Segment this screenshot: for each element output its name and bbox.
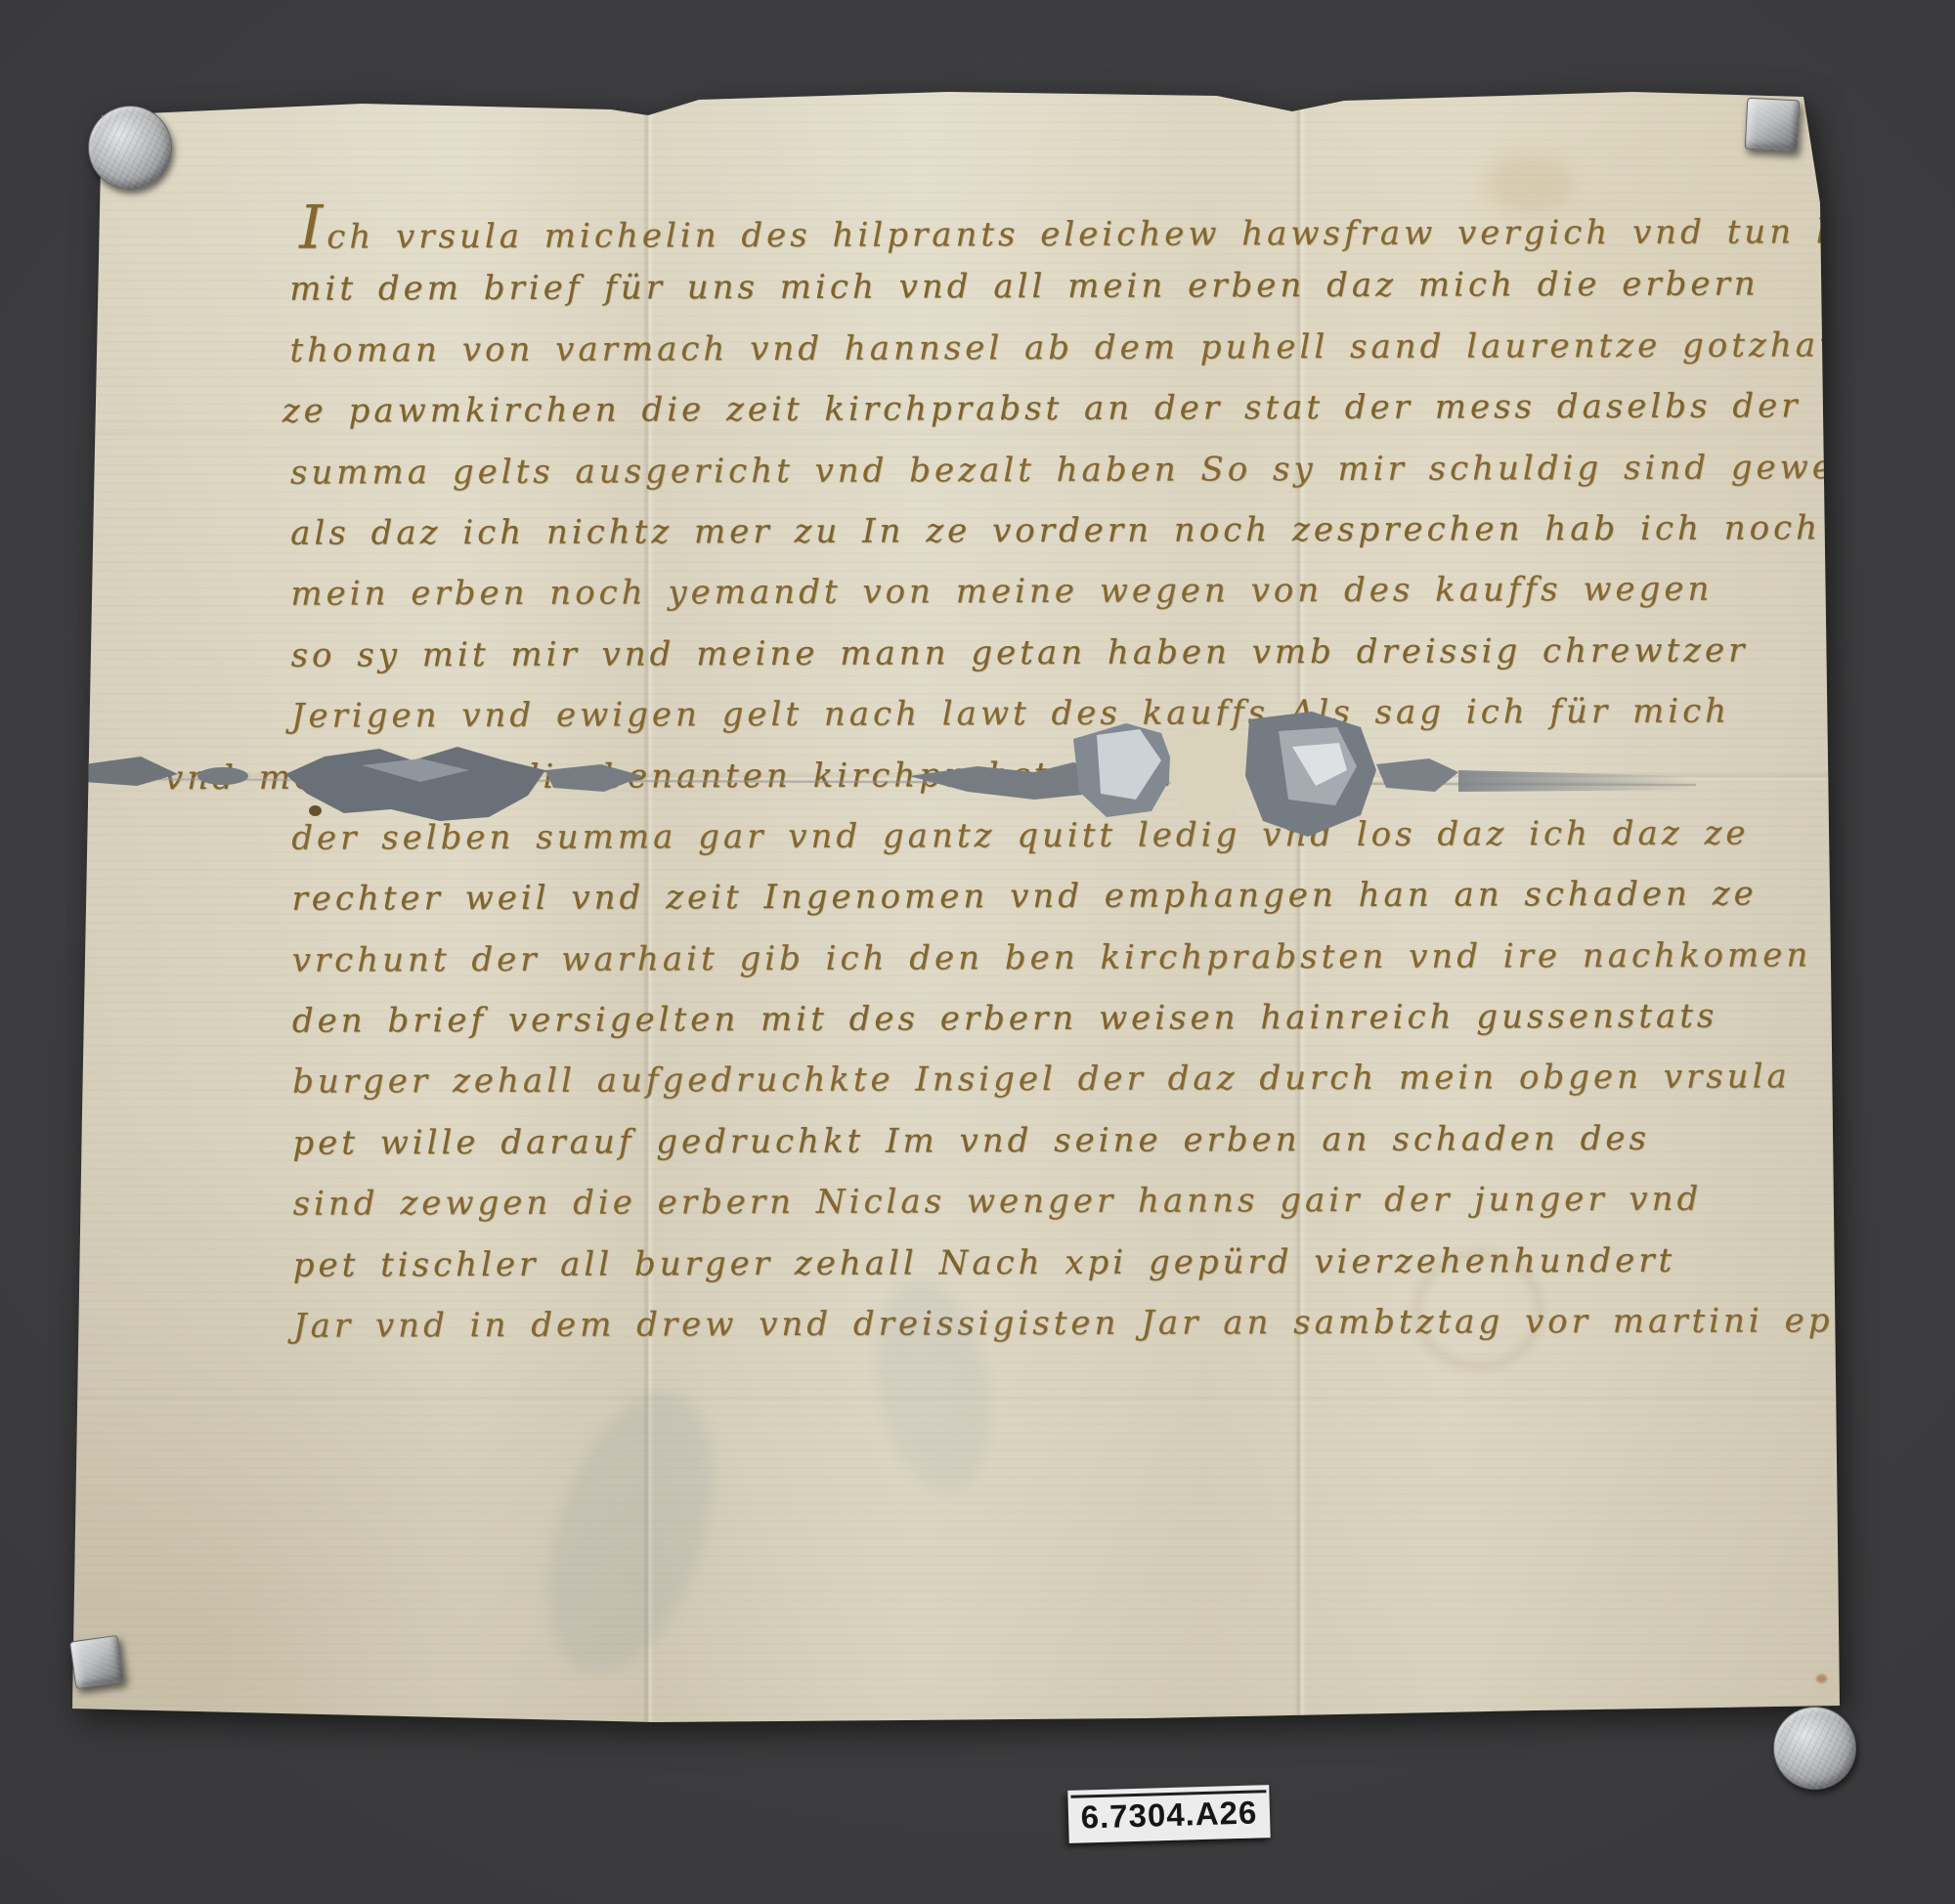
ink-showthrough-smudge [515, 1370, 745, 1695]
horizontal-fold-line-lower [68, 1396, 1843, 1406]
manuscript-line-3: thoman von varmach vnd hannsel ab dem pu… [289, 315, 1800, 381]
manuscript-line-10: vnd mein erben die benanten kirchprabst … [164, 742, 1802, 808]
stain-rust-speck [1816, 1674, 1827, 1683]
parchment-wrapper: Ich vrsula michelin des hilprants eleich… [68, 86, 1843, 1724]
paperweight-cube-bottom-left [69, 1635, 124, 1689]
manuscript-line-19: Jar vnd in dem drew vnd dreissigisten Ja… [293, 1290, 1803, 1357]
manuscript-line-11: der selben summa gar vnd gantz quitt led… [291, 802, 1802, 869]
paperweight-disc-top-left [88, 106, 172, 190]
manuscript-line-8: so sy mit mir vnd meine mann getan haben… [290, 620, 1801, 686]
manuscript-line-6: als daz ich nichtz mer zu In ze vordern … [290, 498, 1801, 564]
manuscript-line-13: vrchunt der warhait gib ich den ben kirc… [292, 925, 1803, 991]
archive-label: 6.7304.A26 [1067, 1785, 1270, 1843]
paperweight-disc-bottom-right [1773, 1707, 1856, 1790]
manuscript-line-18: pet tischler all burger zehall Nach xpi … [293, 1230, 1803, 1296]
manuscript-line-12: rechter weil vnd zeit Ingenomen vnd emph… [291, 864, 1802, 930]
manuscript-line-15: burger zehall aufgedruchkte Insigel der … [292, 1047, 1803, 1113]
manuscript-text: Ich vrsula michelin des hilprants eleich… [289, 193, 1803, 1357]
manuscript-line-14: den brief versigelten mit des erbern wei… [292, 985, 1803, 1052]
parchment-document: Ich vrsula michelin des hilprants eleich… [68, 86, 1843, 1724]
manuscript-line-16: pet wille darauf gedruchkt Im vnd seine … [292, 1107, 1803, 1174]
paperweight-cube-top-right [1745, 98, 1801, 152]
manuscript-line-9: Jerigen vnd ewigen gelt nach lawt des ka… [291, 680, 1802, 747]
manuscript-line-4: ze pawmkirchen die zeit kirchprabst an d… [282, 375, 1801, 442]
manuscript-line-7: mein erben noch yemandt von meine wegen … [290, 559, 1801, 626]
photo-backdrop: Ich vrsula michelin des hilprants eleich… [0, 0, 1955, 1904]
manuscript-line-1: Ich vrsula michelin des hilprants eleich… [299, 193, 1800, 259]
manuscript-line-2: mit dem brief für uns mich vnd all mein … [289, 254, 1800, 321]
manuscript-line-5: summa gelts ausgericht vnd bezalt haben … [290, 437, 1801, 503]
manuscript-line-17: sind zewgen die erbern Niclas wenger han… [292, 1169, 1803, 1235]
